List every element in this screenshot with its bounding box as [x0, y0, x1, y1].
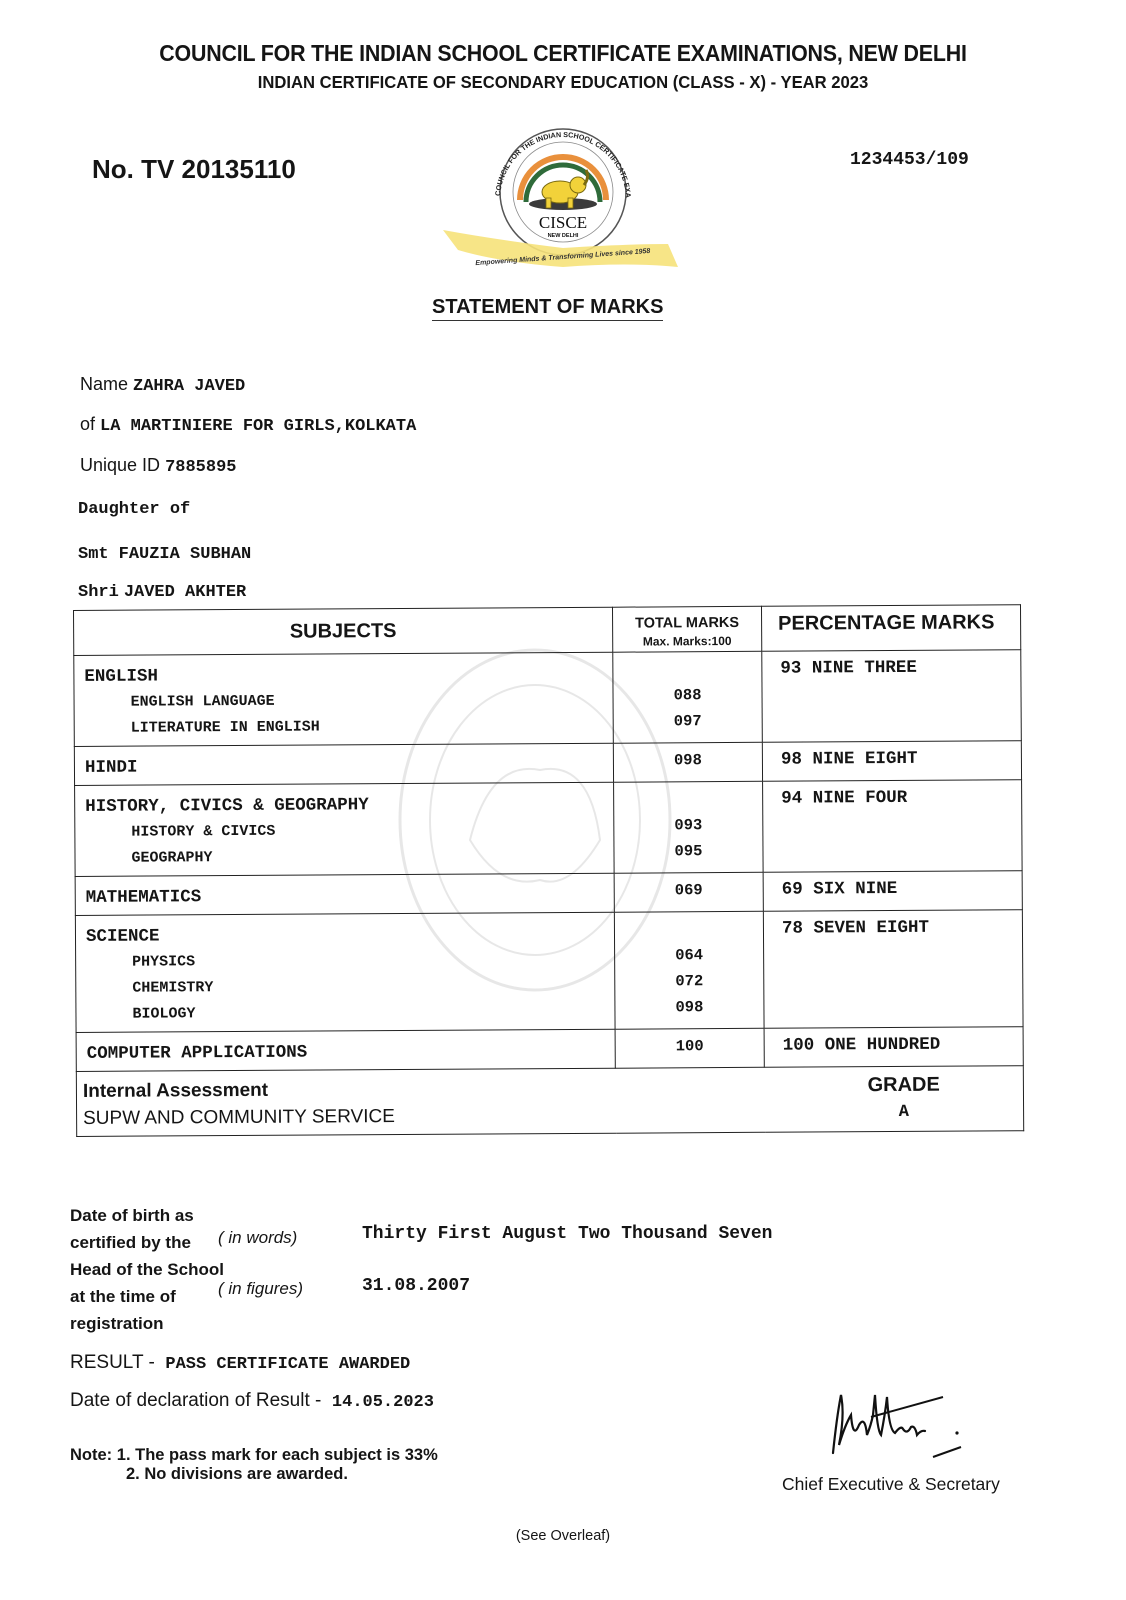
certificate-number: No. TV 20135110: [92, 154, 296, 185]
mark-value: 072: [615, 968, 763, 995]
subject-component: CHEMISTRY: [86, 973, 604, 1002]
mark-value: 100: [616, 1033, 764, 1060]
percentage-cell: 98 NINE EIGHT: [762, 741, 1021, 782]
dob-label-3: Head of the School: [70, 1256, 224, 1283]
subject-cell: HISTORY, CIVICS & GEOGRAPHYHISTORY & CIV…: [75, 782, 615, 876]
table-row: MATHEMATICS06969 SIX NINE: [75, 871, 1022, 916]
total-marks-cell: 069: [614, 872, 763, 912]
result-label: RESULT -: [70, 1352, 155, 1373]
subject-name: SCIENCE: [86, 921, 604, 950]
mark-value: 097: [614, 708, 762, 735]
grade-label: GRADE: [764, 1070, 1023, 1100]
internal-assessment-cell: Internal Assessment SUPW AND COMMUNITY S…: [76, 1067, 764, 1136]
table-row: HINDI09898 NINE EIGHT: [74, 741, 1021, 786]
table-row: ENGLISHENGLISH LANGUAGELITERATURE IN ENG…: [74, 650, 1022, 747]
dob-in-words: Thirty First August Two Thousand Seven: [362, 1224, 772, 1244]
subject-name: MATHEMATICS: [86, 882, 604, 911]
mark-value: 098: [614, 747, 762, 774]
mark-value: 088: [613, 682, 761, 709]
total-marks-cell: 064072098: [614, 911, 764, 1029]
subject-name: HISTORY, CIVICS & GEOGRAPHY: [85, 791, 603, 820]
dob-label-5: registration: [70, 1310, 224, 1337]
declaration-date: 14.05.2023: [332, 1393, 434, 1412]
dob-in-figures: 31.08.2007: [362, 1276, 470, 1296]
marks-table: SUBJECTS TOTAL MARKS Max. Marks:100 PERC…: [73, 604, 1024, 1137]
subject-component: PHYSICS: [86, 947, 604, 976]
table-header-row: SUBJECTS TOTAL MARKS Max. Marks:100 PERC…: [74, 605, 1021, 656]
subject-component: GEOGRAPHY: [85, 843, 603, 872]
relation-row: Daughter of: [78, 497, 190, 519]
table-row: SCIENCEPHYSICSCHEMISTRYBIOLOGY0640720987…: [75, 910, 1023, 1033]
percentage-cell: 94 NINE FOUR: [763, 780, 1023, 873]
percentage-cell: 69 SIX NINE: [763, 871, 1022, 912]
subject-component: ENGLISH LANGUAGE: [84, 687, 602, 716]
percentage-cell: 78 SEVEN EIGHT: [763, 910, 1023, 1029]
uid-row: Unique ID 7885895: [80, 455, 236, 477]
internal-assessment-title: Internal Assessment: [83, 1074, 759, 1105]
mark-value: 069: [615, 877, 763, 904]
grade-cell: GRADE A: [764, 1066, 1023, 1133]
grade-value: A: [765, 1098, 1024, 1128]
candidate-name: ZAHRA JAVED: [133, 377, 245, 396]
subject-cell: SCIENCEPHYSICSCHEMISTRYBIOLOGY: [75, 912, 615, 1032]
unique-id: 7885895: [165, 458, 236, 477]
header-total-marks: TOTAL MARKS Max. Marks:100: [612, 606, 761, 652]
mother-prefix: Smt: [78, 545, 109, 564]
header-percentage: PERCENTAGE MARKS: [761, 605, 1020, 652]
header-subjects: SUBJECTS: [74, 607, 613, 655]
dob-label-1: Date of birth as: [70, 1202, 224, 1229]
total-marks-cell: 088097: [613, 651, 763, 743]
dob-label-2: certified by the: [70, 1229, 224, 1256]
council-title: COUNCIL FOR THE INDIAN SCHOOL CERTIFICAT…: [39, 40, 1086, 67]
subject-cell: HINDI: [74, 743, 613, 785]
mother-row: Smt FAUZIA SUBHAN: [78, 542, 251, 564]
exam-subtitle: INDIAN CERTIFICATE OF SECONDARY EDUCATIO…: [28, 72, 1098, 93]
result-value: PASS CERTIFICATE AWARDED: [165, 1355, 410, 1374]
see-overleaf: (See Overleaf): [0, 1528, 1126, 1544]
declaration-label: Date of declaration of Result -: [70, 1390, 321, 1411]
subject-cell: COMPUTER APPLICATIONS: [76, 1029, 615, 1071]
table-row: HISTORY, CIVICS & GEOGRAPHYHISTORY & CIV…: [75, 780, 1023, 877]
dob-label-block: Date of birth as certified by the Head o…: [70, 1202, 224, 1337]
signatory-title: Chief Executive & Secretary: [782, 1474, 1000, 1495]
signature: [815, 1385, 985, 1470]
reference-number: 1234453/109: [850, 150, 969, 170]
mark-value: 095: [614, 838, 762, 865]
note-2: 2. No divisions are awarded.: [70, 1465, 438, 1484]
note-1: 1. The pass mark for each subject is 33%: [117, 1446, 438, 1464]
notes-block: Note: 1. The pass mark for each subject …: [70, 1446, 438, 1484]
mark-value: 064: [615, 942, 763, 969]
table-row: COMPUTER APPLICATIONS100100 ONE HUNDRED: [76, 1027, 1023, 1072]
total-marks-cell: 093095: [614, 781, 764, 873]
subject-cell: ENGLISHENGLISH LANGUAGELITERATURE IN ENG…: [74, 652, 614, 746]
name-label: Name: [80, 374, 128, 394]
subject-component: HISTORY & CIVICS: [85, 817, 603, 846]
subject-component: LITERATURE IN ENGLISH: [85, 713, 603, 742]
school-label: of: [80, 414, 95, 434]
subject-name: ENGLISH: [84, 661, 602, 690]
mother-name: FAUZIA SUBHAN: [119, 545, 252, 564]
father-prefix: Shri: [78, 583, 119, 602]
dob-label-4: at the time of: [70, 1283, 224, 1310]
cisce-logo: COUNCIL FOR THE INDIAN SCHOOL CERTIFICAT…: [438, 122, 688, 282]
mark-value: 093: [614, 812, 762, 839]
subject-component: BIOLOGY: [86, 999, 604, 1028]
school-row: of LA MARTINIERE FOR GIRLS,KOLKATA: [80, 414, 416, 436]
internal-assessment-subject: SUPW AND COMMUNITY SERVICE: [83, 1101, 759, 1132]
svg-text:NEW DELHI: NEW DELHI: [548, 233, 579, 239]
result-row: RESULT - PASS CERTIFICATE AWARDED: [70, 1352, 410, 1374]
internal-assessment-row: Internal Assessment SUPW AND COMMUNITY S…: [76, 1066, 1023, 1137]
total-marks-cell: 100: [615, 1028, 764, 1068]
percentage-cell: 100 ONE HUNDRED: [764, 1027, 1023, 1068]
subject-name: HINDI: [85, 752, 603, 781]
statement-title: STATEMENT OF MARKS: [432, 296, 663, 321]
subject-cell: MATHEMATICS: [75, 873, 614, 915]
note-prefix: Note:: [70, 1446, 112, 1464]
subject-name: COMPUTER APPLICATIONS: [87, 1038, 605, 1067]
dob-figures-hint: ( in figures): [218, 1279, 303, 1299]
total-marks-cell: 098: [613, 742, 762, 782]
uid-label: Unique ID: [80, 455, 160, 475]
percentage-cell: 93 NINE THREE: [762, 650, 1022, 743]
mark-value: 098: [615, 994, 763, 1021]
svg-text:CISCE: CISCE: [539, 213, 587, 232]
school-name: LA MARTINIERE FOR GIRLS,KOLKATA: [100, 417, 416, 436]
candidate-name-row: Name ZAHRA JAVED: [80, 374, 245, 396]
declaration-row: Date of declaration of Result - 14.05.20…: [70, 1390, 434, 1412]
relation-label: Daughter of: [78, 500, 190, 519]
dob-words-hint: ( in words): [218, 1228, 297, 1248]
father-name: JAVED AKHTER: [124, 583, 246, 602]
father-row: Shri JAVED AKHTER: [78, 580, 246, 602]
